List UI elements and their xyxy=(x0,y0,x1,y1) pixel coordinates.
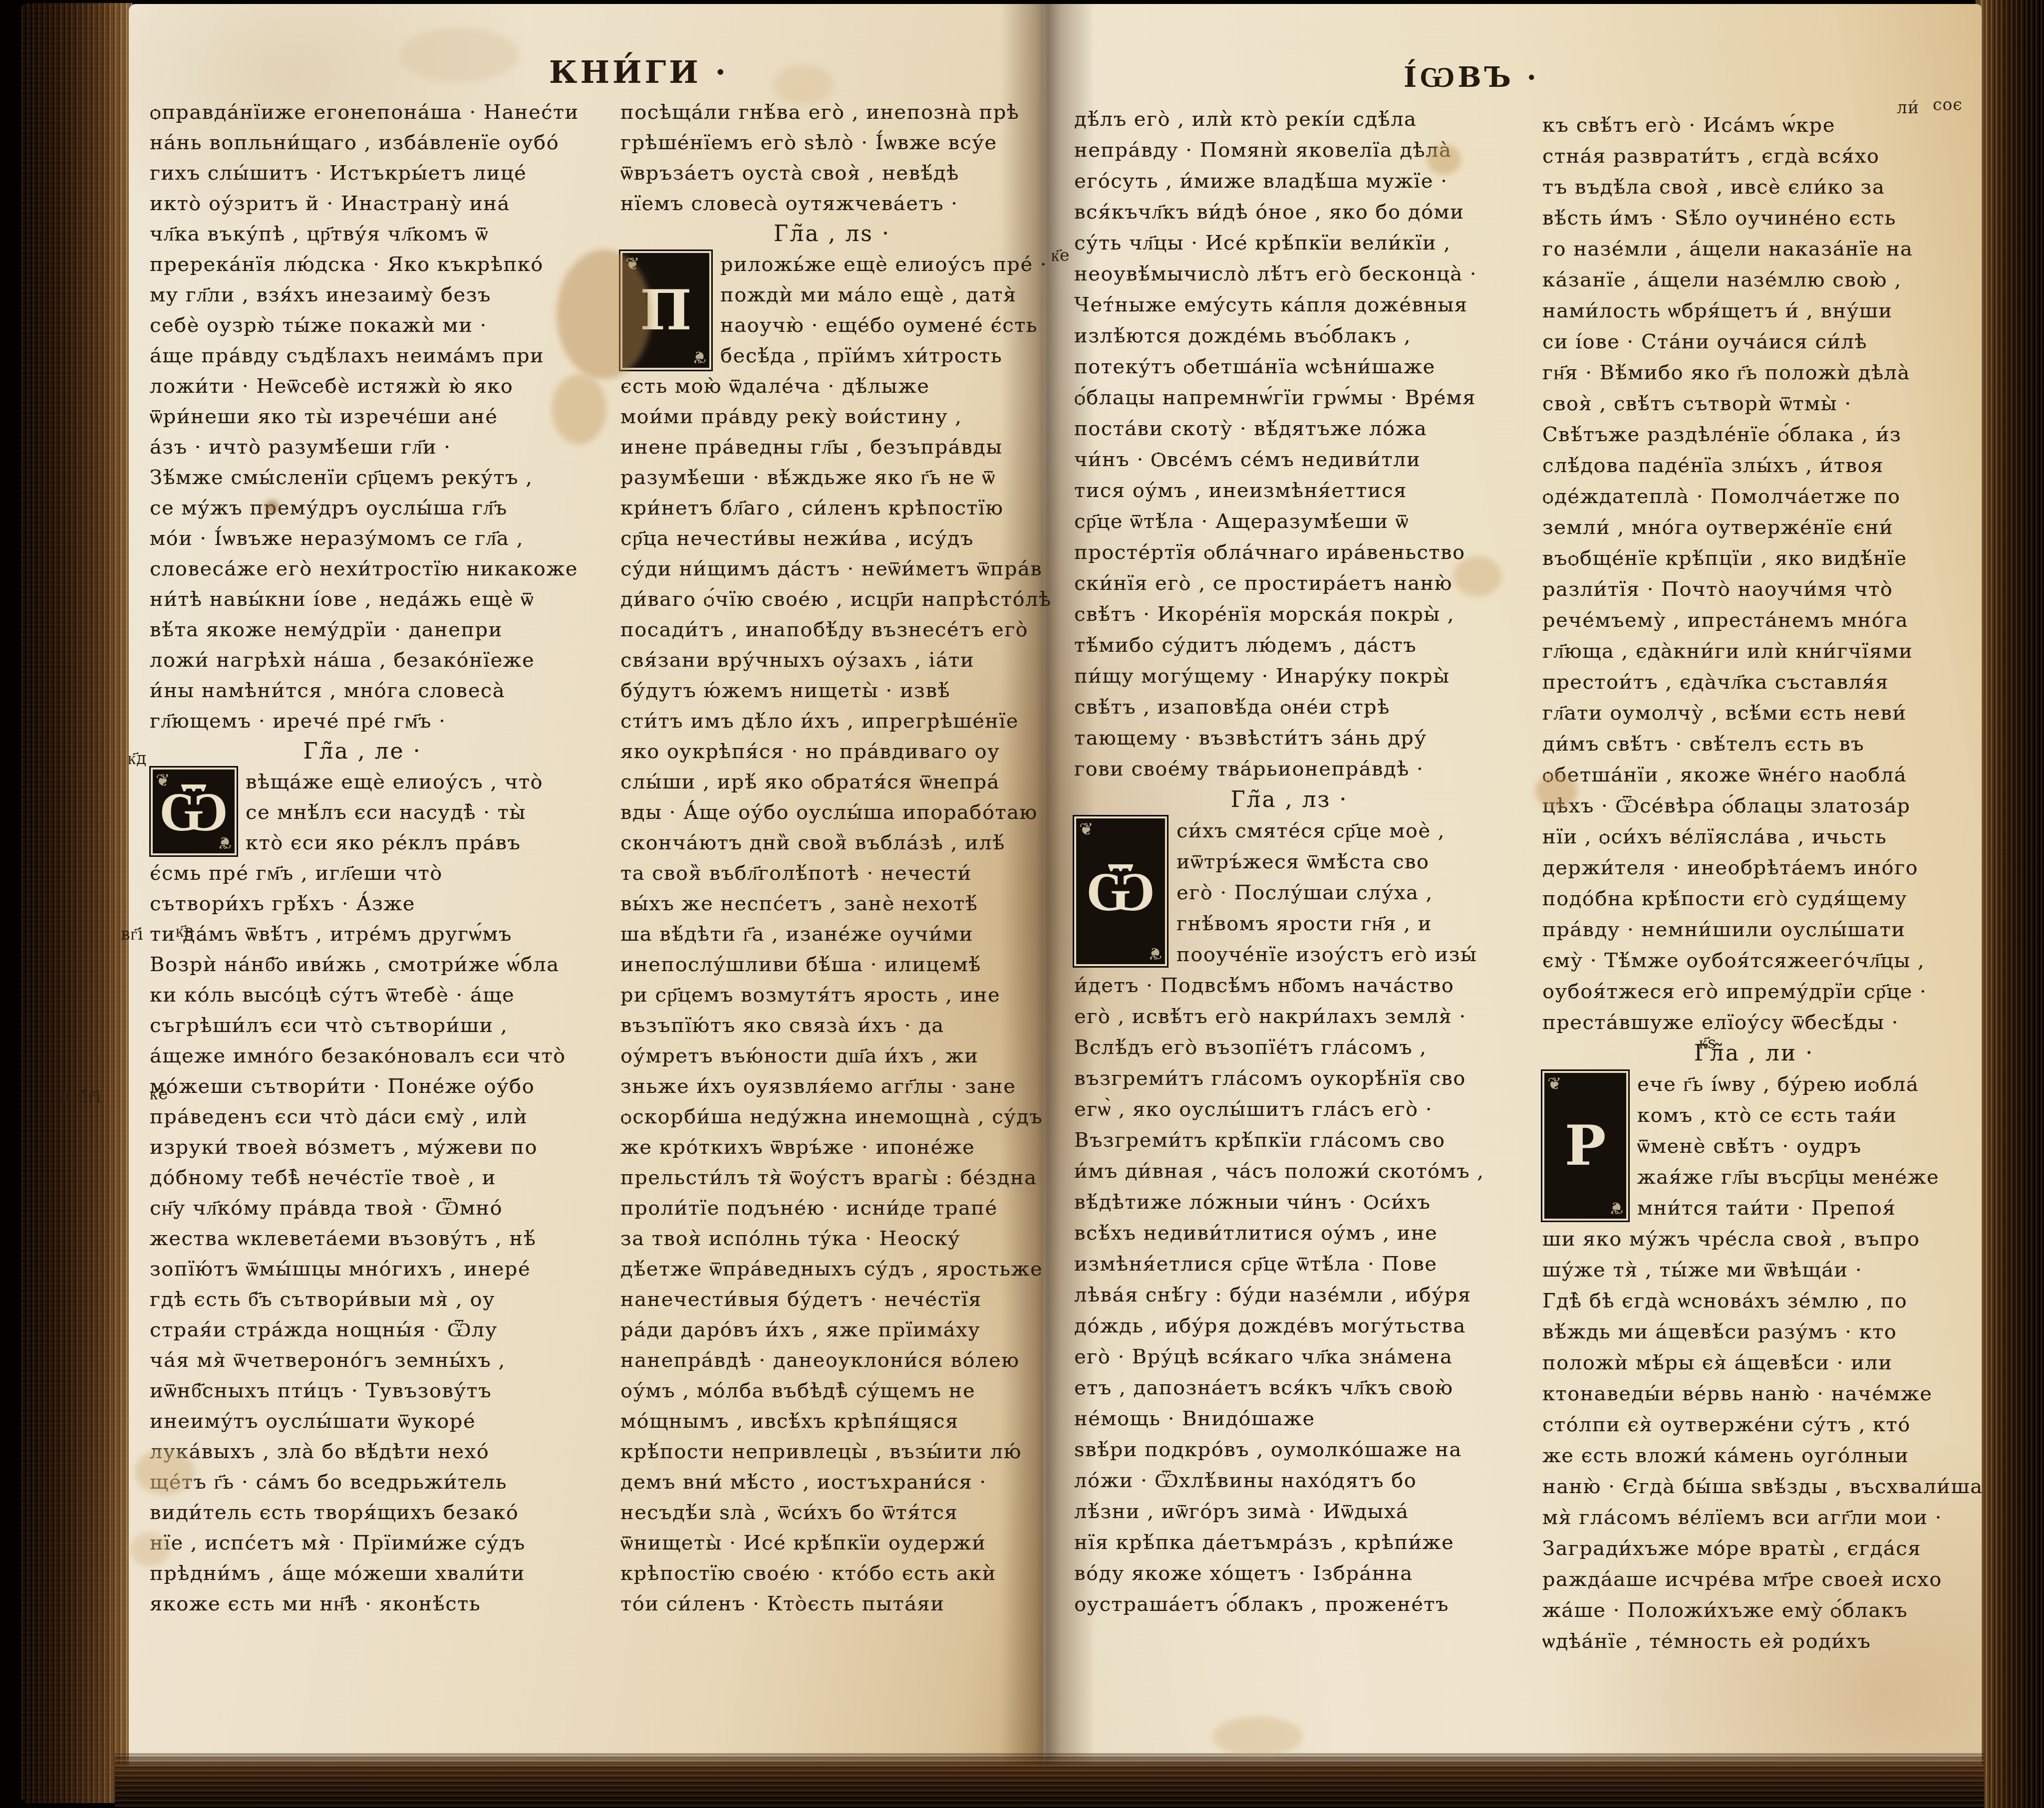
text-line: прельсти́лъ тя̀ ѿоу́стъ врагы̀ : бе́здна xyxy=(620,1163,1044,1193)
text-line: ражда́аше исчре́ва мт҃ре своея̀ исхо xyxy=(1542,1565,1966,1595)
paper-stain xyxy=(130,1533,170,1566)
text-line: его̀ · Вру́цѣ вся́каго чл҃ка зна́мена xyxy=(1074,1342,1504,1372)
text-line: възгреми́тъ гла́сомъ оукорѣ́нїя сво xyxy=(1074,1064,1504,1094)
text-line: инеиму́тъ оуслы́шати ѿукоре́ xyxy=(150,1407,575,1437)
text-line: оу́мретъ въю́ности дш҃а и́хъ , жи xyxy=(620,1041,1044,1071)
text-line: Чет́ныже ему́суть ка́пля доже́вныя xyxy=(1074,290,1504,320)
text-line: му гл҃ли , взя́хъ инезаиму̀ безъ xyxy=(150,280,575,310)
text-line: пра́вду · немни́шили оуслы́шати xyxy=(1542,915,1966,945)
margin-note: ли́ xyxy=(1897,98,1919,117)
text-line: ло́жи · Ѿхлѣ́вины нахо́дятъ бо xyxy=(1074,1466,1504,1496)
text-line: нанепра́вдѣ · данеоуклони́ся во́лею xyxy=(620,1346,1044,1376)
woodcut-initial: Р xyxy=(1542,1071,1628,1221)
text-line: проли́тїе подъне́ю · исни́де трапе́ xyxy=(620,1194,1044,1224)
chapter-heading: Гл̃а , лз · xyxy=(1074,785,1504,815)
text-line: Возрѝ на́нб҃о иви́жь , смотри́же ѡ́бла xyxy=(150,950,575,980)
text-line: Зѣ́мже смы́сленїи ср҃цемъ реку́тъ , xyxy=(150,463,575,493)
text-line: подо́бна крѣ́пости єго̀ судя́щему xyxy=(1542,884,1966,914)
text-line: гн҃я · Вѣ́мибо яко г҃ь положѝ дѣла̀ xyxy=(1542,358,1966,388)
text-line: инепослу́шливи бѣ́ша · илицемѣ́ xyxy=(620,950,1044,980)
text-line: сътвори́хъ грѣ́хъ · А́зже xyxy=(150,889,575,919)
text-line: икто̀ оу́зритъ й · Инастрану̀ ина́ xyxy=(150,189,575,219)
text-line: съгрѣши́лъ єси что̀ сътвори́ши , xyxy=(150,1011,575,1041)
text-line: ки ко́ль высо́цѣ су́тъ ѿтебѐ · а́ще xyxy=(150,981,575,1011)
text-line: тающему · възвѣсти́тъ за́нь дру́ xyxy=(1074,724,1504,754)
text-line: изруки́ твоея̀ во́зметъ , му́жеви по xyxy=(150,1133,575,1163)
running-head-left: КНИ́ГИ · xyxy=(549,54,729,90)
text-line: егѡ̀ , яко оуслы́шитъ гла́съ его̀ · xyxy=(1074,1095,1504,1125)
text-line: вы́хъ же неспс́етъ , занѐ нехотѣ́ xyxy=(620,889,1044,919)
text-line: свя́зани вру́чныхъ оу́захъ , іа́ти xyxy=(620,646,1044,676)
text-line: не́мощь · Внидо́шаже xyxy=(1074,1404,1504,1434)
text-line: ѻбетша́нїи , якоже ѿне́го наѻбла́ xyxy=(1542,761,1966,790)
text-line: излѣ́ются дожде́мь въѻ́блакъ , xyxy=(1074,321,1504,351)
paper-stain xyxy=(774,65,834,105)
text-line: бу́дутъ ю́жемъ нищеты̀ · извѣ́ xyxy=(620,676,1044,706)
text-line: неоувѣ́мычисло̀ лѣ́тъ его̀ бесконца̀ · xyxy=(1074,259,1504,289)
text-line: себѐ оузрю̀ ты́же покажѝ ми · xyxy=(150,311,575,341)
chapter-heading: Гл̃а , ли · xyxy=(1542,1039,1966,1069)
text-line: просте́ртїя ѻбла́чнаго ира́веньство xyxy=(1074,538,1504,568)
text-line: разли́тїя · Почто̀ наоучи́мя что̀ xyxy=(1542,575,1966,605)
text-line: Загради́хъже мо́ре враты̀ , єгда́ся xyxy=(1542,1534,1966,1564)
text-line: а́ще пра́вду съдѣ́лахъ неима́мъ при xyxy=(150,341,575,371)
text-line: ѕвѣ́ри подкро́въ , оумолко́шаже на xyxy=(1074,1435,1504,1465)
text-line: во́ду якоже хо́щетъ · Ізбра́нна xyxy=(1074,1559,1504,1589)
text-line: чи́нъ · Ѻвсе́мъ се́мъ недиви́тли xyxy=(1074,445,1504,475)
text-line: Гдѣ̀ бѣ єгда̀ ѡснова́хъ зе́млю , по xyxy=(1542,1287,1966,1316)
chapter-heading: Гл̃а , ле · xyxy=(150,737,575,767)
text-line: крѣ́пости непривлецы̀ , възы́ити лю́ xyxy=(620,1437,1044,1467)
text-line: слѣ́дова паде́нїа злы́хъ , и́твоя xyxy=(1542,451,1966,481)
text-line: вѣ́та якоже нему́дрїи · данепри xyxy=(150,615,575,645)
text-line: сконча́ютъ дни̏ своя̏ въбла́зѣ , илѣ́ xyxy=(620,828,1044,858)
text-line: и́ны намѣни́тся , мно́га словеса̀ xyxy=(150,676,575,706)
woodcut-initial: Ѿ xyxy=(1074,816,1167,966)
text-line: мо́щнымъ , ивсѣ́хъ крѣпя́щяся xyxy=(620,1407,1044,1437)
text-line: же кро́ткихъ ѿвръ́же · ипоне́же xyxy=(620,1133,1044,1163)
book-bottom-edge xyxy=(115,1753,1984,1808)
text-line: ѻскорби́ша неду́жна инемощна̀ , су́дъ xyxy=(620,1102,1044,1132)
text-line: демъ вни́ мѣ́сто , иостъхрани́ся · xyxy=(620,1468,1044,1498)
text-line: єму̀ · Тѣ́мже оубоя́тсяжеего́чл҃цы , xyxy=(1542,946,1966,976)
text-line: ѡдѣа́нїе , те́мность ея̀ роди́хъ xyxy=(1542,1627,1966,1657)
text-line: ши яко му́жъ чре́сла своя̀ , въпро xyxy=(1542,1225,1966,1255)
text-line: разумѣ́еши · вѣ́ждьже яко г҃ь не ѿ xyxy=(620,463,1044,493)
text-line: го назе́мли , а́щели наказа́нїе на xyxy=(1542,235,1966,264)
text-line: жества ѡклевета́еми възову́тъ , нѣ́ xyxy=(150,1224,575,1254)
text-line: ча́я мя̀ ѿчетвероно́гъ земны́хъ , xyxy=(150,1346,575,1376)
text-line: ложи́ нагрѣхѝ на́ша , безако́нїеже xyxy=(150,646,575,676)
text-line: гл҃ющемъ · ирече́ пре́ гм҃ъ · xyxy=(150,707,575,737)
text-line: до́ждь , ибу́ря дожде́въ могу́тьства xyxy=(1074,1311,1504,1341)
text-line: ср҃ца нечести́вы нежи́ва , ису́дъ xyxy=(620,524,1044,554)
text-line: гови свое́му тва́рьионепра́вдѣ · xyxy=(1074,755,1504,784)
text-line: пререка́нїя лю́дска · Яко къкрѣпко́ xyxy=(150,250,575,280)
text-line: земли́ , мно́га оутверже́нїе єни́ xyxy=(1542,513,1966,543)
text-line: вды · А́ще оу́бо оуслы́ша ипорабо́таю xyxy=(620,798,1044,828)
text-line: Свѣ́тъже раздѣле́нїе ѻ́блака , и́з xyxy=(1542,420,1966,450)
text-line: крѣпостїю свое́ю · кто́бо єсть акѝ xyxy=(620,1559,1044,1589)
text-line: же єсть вложи́ ка́мень оуго́лныи xyxy=(1542,1441,1966,1471)
text-line: нїя крѣ́пка да́етъмра́зъ , крѣпи́же xyxy=(1074,1528,1504,1558)
text-line: ктонаведы́и ве́рвь наню̀ · наче́мже xyxy=(1542,1379,1966,1409)
text-line: ѿри́неши яко ты̀ изрече́ши ане́ xyxy=(150,402,575,432)
text-line: прѣдни́мъ , а́ще мо́жеши хвали́ти xyxy=(150,1559,575,1589)
text-line: иѿнб҃сныхъ пти́цъ · Тувъзову́тъ xyxy=(150,1376,575,1406)
margin-note: вг҃і xyxy=(121,924,144,944)
text-line: за твоя̀ испо́лнь ту́ка · Неоску́ xyxy=(620,1224,1044,1254)
paper-stain xyxy=(399,27,519,82)
text-line: ски́нїя его̀ , се простира́етъ наню̀ xyxy=(1074,569,1504,599)
text-line: вѣ́сть и́мъ · Ѕѣ́ло оучине́но єсть xyxy=(1542,204,1966,234)
margin-note: к҃в xyxy=(176,921,194,941)
initial-letter: Ѿ xyxy=(159,784,228,839)
text-line: възъпїю́тъ яко связа̀ и́хъ · да xyxy=(620,1011,1044,1041)
text-line: ни́тѣ навы́кни і́ове , неда́жь ещѐ ѿ xyxy=(150,585,575,615)
text-line: сти́тъ имъ дѣ́ло и́хъ , ипрегрѣше́нїе xyxy=(620,707,1044,737)
text-line: на́нь вопльни́щаго , изба́вленїе оубо́ xyxy=(150,128,575,158)
text-line: и́детъ · Подвсѣ́мъ нб҃омъ нача́ство xyxy=(1074,971,1504,1001)
text-line: нїемъ словеса̀ оутяжчева́етъ · xyxy=(620,189,1044,219)
running-head-right: І́ѠВЪ · xyxy=(1404,61,1539,94)
text-line: положѝ мѣ́ры єя̀ а́щевѣ́си · или xyxy=(1542,1348,1966,1378)
text-line: тъ въдѣ́ла своя̀ , ивсѐ єли́ко за xyxy=(1542,173,1966,203)
text-line: рече́мъему̀ , ипреста́немъ мно́га xyxy=(1542,606,1966,636)
text-line: то́и си́ленъ · Кто̀єсть пыта́яи xyxy=(620,1589,1044,1619)
text-line: Вслѣ́дъ его̀ възопїе́тъ гла́сомъ , xyxy=(1074,1033,1504,1063)
paper-stain xyxy=(1213,1717,1303,1757)
paper-stain xyxy=(1454,556,1501,596)
text-line: ди́мъ свѣ́тъ · свѣ́телъ єсть въ xyxy=(1542,730,1966,760)
text-line: якоже єсть ми нн҃ѣ · яконѣ́сть xyxy=(150,1589,575,1619)
text-line: въѻбще́нїе крѣ́пцїи , яко видѣ́нїе xyxy=(1542,544,1966,574)
text-line: оу́мъ , мо́лба въбѣдѣ̀ су́щемъ не xyxy=(620,1376,1044,1406)
text-line: етъ , дапозна́етъ вся́къ чл҃къ свою̀ xyxy=(1074,1373,1504,1403)
text-line: лука́выхъ , зла̀ бо вѣ́дѣти нехо́ xyxy=(150,1437,575,1467)
text-line: оубоя́тжеся его̀ ипрему́дрїи ср҃це · xyxy=(1542,977,1966,1007)
text-line: види́тель єсть творя́щихъ безако́ xyxy=(150,1498,575,1528)
text-line: нїи , ѻси́хъ ве́лїясла́ва , ичьсть xyxy=(1542,822,1966,852)
text-line: зньже и́хъ оуязвля́емо агг҃лы · зане xyxy=(620,1072,1044,1102)
text-line: сн҃у чл҃ко́му пра́вда твоя̀ · Ѿмно́ xyxy=(150,1194,575,1224)
paper-stain xyxy=(1535,773,1577,809)
text-line: поста́ви скоту̀ · вѣ́дятъже ло́жа xyxy=(1074,414,1504,444)
paper-stain xyxy=(135,1449,195,1495)
book-fore-edge-left xyxy=(20,3,132,1803)
text-line: наню̀ · Єгда̀ бы́ша ѕвѣ́зды , въсхвали́ш… xyxy=(1542,1472,1966,1502)
text-line: держи́теля · инеобрѣта́емъ ино́го xyxy=(1542,853,1966,883)
text-line: страя́и стра́жда нощны́я · Ѿлу xyxy=(150,1315,575,1345)
paper-stain xyxy=(265,501,279,513)
text-line: престои́тъ , єда̀чл҃ка съставля́я xyxy=(1542,668,1966,698)
text-line: а́щеже имно́го безако́новалъ єси что̀ xyxy=(150,1041,575,1071)
text-line: се му́жъ прему́дръ оуслы́ша гл҃ъ xyxy=(150,494,575,523)
chapter-heading: Гл̃а , лѕ · xyxy=(620,220,1044,250)
text-line: оустраша́етъ ѻ́блакъ , прожене́тъ xyxy=(1074,1590,1504,1620)
text-line: ср҃це ѿтѣ́ла · Ащеразумѣ́еши ѿ xyxy=(1074,507,1504,537)
margin-note: к҃д xyxy=(128,749,147,769)
text-line: ѿвръза́етъ оуста̀ своя̀ , невѣ́дѣ xyxy=(620,159,1044,189)
text-line: своя̀ , свѣ́тъ сътворѝ ѿтмы̀ · xyxy=(1542,389,1966,419)
text-line: гдѣ єсть б҃ъ сътвори́выи мя̀ , оу xyxy=(150,1285,575,1315)
text-line: посади́тъ , инапобѣ́ду възнесе́тъ его̀ xyxy=(620,615,1044,645)
text-line: су́ди ни́щимъ да́стъ · неѿи́метъ ѿпра́в xyxy=(620,554,1044,584)
initial-letter: Ѿ xyxy=(1086,864,1155,919)
text-line: си і́ове · Ста́ни оуча́ися си́лѣ xyxy=(1542,327,1966,357)
text-line: свѣ́тъ , изаповѣ́да ѻне́и стрѣ xyxy=(1074,693,1504,723)
text-line: ще́тъ г҃ь · са́мъ бо вседрьжи́тель xyxy=(150,1468,575,1498)
text-line: вѣ́ждь ми а́щевѣ́си разу́мъ · кто xyxy=(1542,1317,1966,1347)
text-line: тѣ́мибо су́дитъ лю́демъ , да́стъ xyxy=(1074,631,1504,661)
text-line: ти да́мъ ѿвѣ́тъ , итре́мъ другѡ́мъ xyxy=(150,920,575,950)
text-line: мо́жеши сътвори́ти · Поне́же оу́бо xyxy=(150,1072,575,1102)
text-line: несъдѣ́и ѕла̀ , ѿси́хъ бо ѿтя́тся xyxy=(620,1498,1044,1528)
text-line: та своя̏ въбл҃голѣ́потѣ · нечести́ xyxy=(620,859,1044,889)
text-line: а́зъ · ичто̀ разумѣ́еши гл҃и · xyxy=(150,433,575,463)
text-line: пи́щу могу́щему · Инару́ку покры̀ xyxy=(1074,662,1504,692)
text-line: ѻправда́нїиже егонепона́ша · Нанес́ти xyxy=(150,98,575,128)
text-line: мя̀ гла́сомъ ве́лїемъ вси агг҃ли мои · xyxy=(1542,1503,1966,1533)
text-line: слы́ши , ирѣ́ яко ѻбратя́ся ѿнепра́ xyxy=(620,768,1044,797)
text-line: до́бному тебѣ̀ нече́стїе твоѐ , и xyxy=(150,1163,575,1193)
text-line: ѻ́блацы напремнѡ́гїи грѡ́мы · Вре́мя xyxy=(1074,383,1504,413)
text-line: инене пра́ведны гл҃ы , безъпра́вды xyxy=(620,433,1044,463)
text-line: вся́къчл҃къ ви́дѣ о́ное , яко бо до́ми xyxy=(1074,198,1504,228)
text-line: зопїю́тъ ѿмы́шцы мно́гихъ , инере́ xyxy=(150,1255,575,1285)
text-line: дѣ́лъ его̀ , илѝ кто̀ рекі́и сдѣ́ла xyxy=(1074,105,1504,135)
margin-note: соє xyxy=(1933,95,1963,114)
margin-note: к҃ѕ xyxy=(1699,1033,1717,1053)
paper-stain xyxy=(552,374,606,444)
text-line: кри́нетъ бл҃аго , си́ленъ крѣпостїю xyxy=(620,494,1044,523)
text-line: гихъ слы́шитъ · Истъкры́етъ лице́ xyxy=(150,159,575,189)
text-line: нами́лость ѡбря́щетъ и́ , вну́ши xyxy=(1542,296,1966,326)
text-line: су́ть чл҃цы · Исе́ крѣ́пкїи вели́кїи , xyxy=(1074,229,1504,258)
text-line: гл҃ати оумолчу̀ , всѣ́ми єсть неви́ xyxy=(1542,699,1966,729)
text-line: лѣ́зни , иѿго́ръ зима̀ · Иѿдыха́ xyxy=(1074,1497,1504,1527)
paper-stain xyxy=(557,250,651,379)
book-fore-edge-right xyxy=(1974,0,2044,1808)
text-line: жа́ше · Положи́хъже ему̀ ѻ́блакъ xyxy=(1542,1596,1966,1626)
text-line: его̀ , исвѣ́тъ его̀ накри́лахъ земля̀ · xyxy=(1074,1002,1504,1032)
margin-note: ✳ бг҃і xyxy=(58,1087,101,1107)
text-line: ра́ди даро́въ и́хъ , яже прїима́ху xyxy=(620,1315,1044,1345)
text-line: нїе , испс́етъ мя̀ · Прїими́же су́дъ xyxy=(150,1529,575,1558)
text-line: свѣ́тъ · Икоре́нїя морска́я покры̀ , xyxy=(1074,600,1504,630)
text-line: словеса́же его̀ нехи́тростїю никакоже xyxy=(150,554,575,584)
text-line: ѿнищеты̀ · Исе́ крѣ́пкїи оудержи́ xyxy=(620,1529,1044,1558)
text-line: єсть мою̀ ѿдале́ча · дѣ́лыже xyxy=(620,372,1044,402)
text-line: измѣня́етлися ср҃це ѿтѣ́ла · Пове xyxy=(1074,1250,1504,1280)
woodcut-initial: Ѿ xyxy=(151,768,237,855)
text-line: Възгреми́тъ крѣ́пкїи гла́сомъ сво xyxy=(1074,1126,1504,1156)
text-line: и́мъ ди́вная , ча́съ положи́ ското́мъ , xyxy=(1074,1157,1504,1187)
text-line: ка́занїе , а́щели назе́млю свою̀ , xyxy=(1542,265,1966,295)
text-line: гл҃юща , єда̀кни́ги илѝ кни́гчїями xyxy=(1542,637,1966,667)
text-line: лѣва́я снѣ́гу : бу́ди назе́мли , ибу́ря xyxy=(1074,1281,1504,1310)
text-line: пра́веденъ єси что̀ да́си єму̀ , илѝ xyxy=(150,1102,575,1132)
text-line: преста́вшуже елїоу́су ѿбесѣ́ды · xyxy=(1542,1008,1966,1038)
text-line: вѣ́дѣтиже ло́жныи чи́нъ · Ѻси́хъ xyxy=(1074,1188,1504,1218)
paper-stain xyxy=(1427,145,1461,175)
text-line: ложи́ти · Неѿсебѐ истяжѝ ю̀ яко xyxy=(150,372,575,402)
text-line: стна́я разврати́тъ , єгда̀ вся́хо xyxy=(1542,142,1966,172)
text-line: ша вѣ́дѣти г҃а , изане́же оучи́ми xyxy=(620,920,1044,950)
text-line: дѣ́етже ѿпра́ведныхъ су́дъ , яростьже xyxy=(620,1255,1044,1285)
text-line: грѣше́нїемъ его̀ ѕѣло̀ · І́ѡвже всу́е xyxy=(620,128,1044,158)
text-line: нанечести́выя бу́детъ · нече́стїя xyxy=(620,1285,1044,1315)
initial-letter: Р xyxy=(1565,1118,1606,1173)
text-line: мо́и · І́ѡвъже неразу́момъ се гл҃а , xyxy=(150,524,575,554)
text-line: шу́же тя̀ , ты́же ми ѿвѣща́и · xyxy=(1542,1256,1966,1286)
text-line: цѣхъ · Ѿсе́вѣра ѻ́блацы златоза́р xyxy=(1542,791,1966,821)
text-line: тися оу́мъ , инеизмѣня́еттися xyxy=(1074,476,1504,506)
text-line: ри ср҃цемъ возмутя́тъ ярость , ине xyxy=(620,981,1044,1011)
text-line: яко оукрѣпя́ся · но пра́вдиваго оу xyxy=(620,737,1044,767)
text-line: мои́ми пра́вду реку̀ вои́стину , xyxy=(620,402,1044,432)
text-line: чл҃ка въку́пѣ , цр҃тву́я чл҃комъ ѿ xyxy=(150,220,575,250)
text-line: всѣ́хъ недиви́тлитися оу́мъ , ине xyxy=(1074,1219,1504,1249)
text-line: є́смь пре́ гм҃ъ , игл҃еши что̀ xyxy=(150,859,575,889)
margin-note: к҃е xyxy=(150,1084,169,1104)
text-line: ѻде́ждатепла̀ · Помолча́етже по xyxy=(1542,482,1966,512)
text-line: потеку́тъ ѻбетша́нїа ѡсѣни́шаже xyxy=(1074,352,1504,382)
margin-note: к҃е xyxy=(1051,246,1070,265)
text-line: посѣща́ли гнѣ́ва его̀ , инепозна̀ прѣ xyxy=(620,98,1044,128)
text-line: ди́ваго ѻ́чїю свое́ю , исцр҃и напрѣсто́л… xyxy=(620,585,1044,615)
text-line: сто́лпи єя̀ оутверже́ни су́тъ , кто́ xyxy=(1542,1410,1966,1440)
